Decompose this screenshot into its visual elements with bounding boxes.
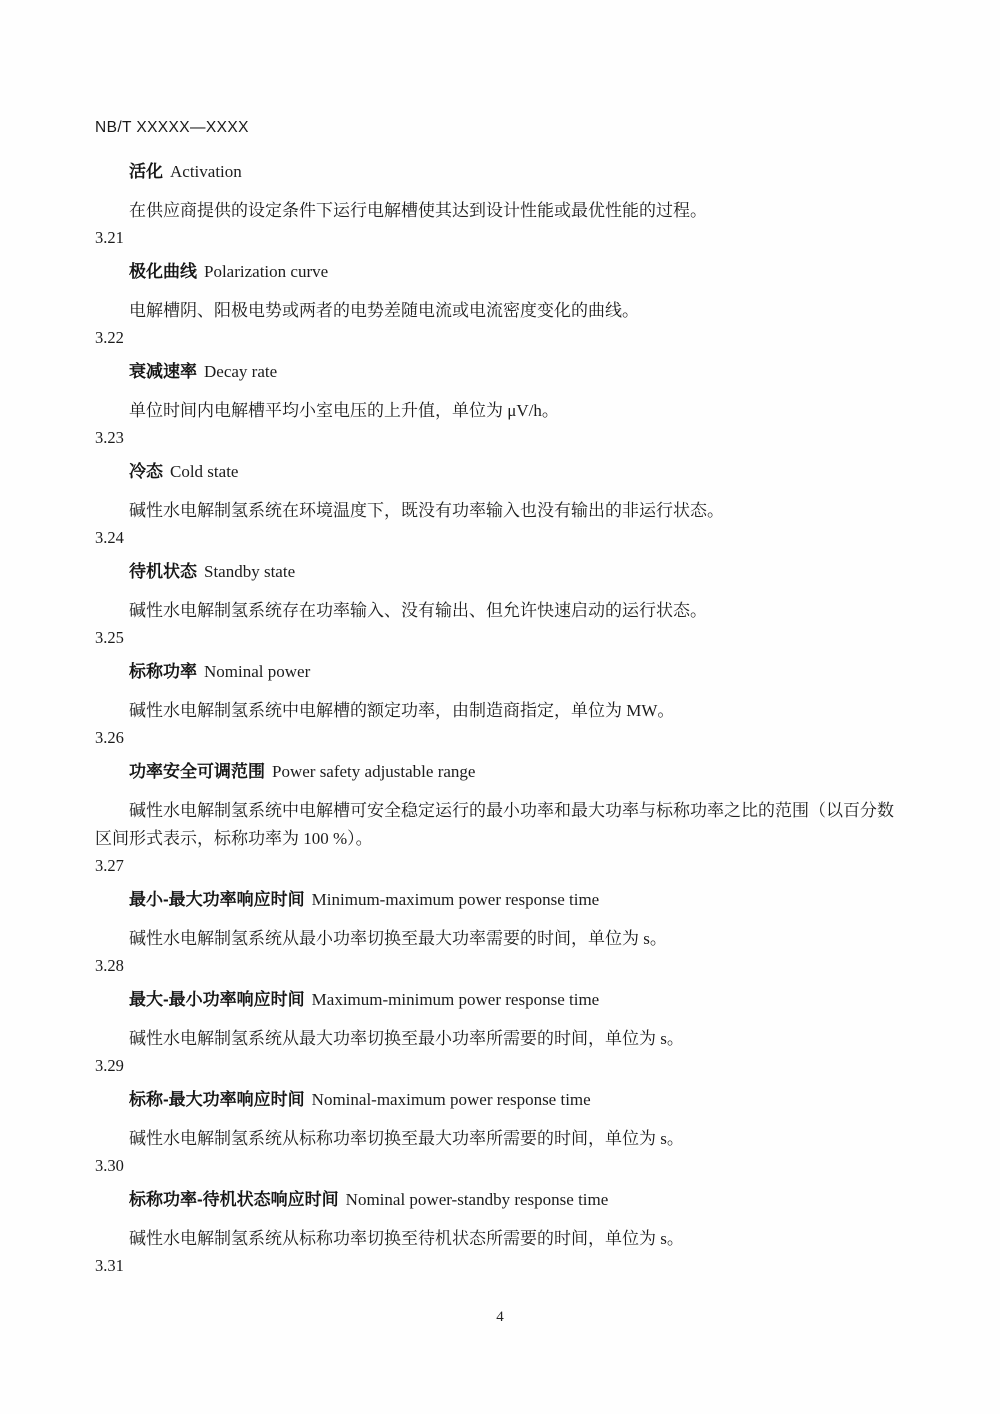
term-line: 极化曲线Polarization curve (95, 260, 908, 284)
term-entry: 衰减速率Decay rate 单位时间内电解槽平均小室电压的上升值，单位为 μV… (95, 360, 908, 450)
section-number: 3.30 (95, 1154, 908, 1178)
term-definition: 碱性水电解制氢系统在环境温度下，既没有功率输入也没有输出的非运行状态。 (95, 497, 908, 525)
term-entry: 功率安全可调范围Power safety adjustable range 碱性… (95, 760, 908, 878)
term-zh: 最小-最大功率响应时间 (129, 890, 305, 909)
term-en: Decay rate (204, 362, 277, 381)
term-line: 功率安全可调范围Power safety adjustable range (95, 760, 908, 784)
term-line: 标称-最大功率响应时间Nominal-maximum power respons… (95, 1088, 908, 1112)
section-number: 3.28 (95, 954, 908, 978)
term-zh: 标称功率-待机状态响应时间 (129, 1190, 339, 1209)
term-en: Activation (170, 162, 242, 181)
section-number: 3.29 (95, 1054, 908, 1078)
term-entry: 标称功率-待机状态响应时间Nominal power-standby respo… (95, 1188, 908, 1278)
term-en: Polarization curve (204, 262, 328, 281)
term-entry: 标称-最大功率响应时间Nominal-maximum power respons… (95, 1088, 908, 1178)
term-en: Maximum-minimum power response time (312, 990, 600, 1009)
term-definition: 碱性水电解制氢系统从最小功率切换至最大功率需要的时间，单位为 s。 (95, 925, 908, 953)
section-number: 3.26 (95, 726, 908, 750)
section-number: 3.27 (95, 854, 908, 878)
term-line: 冷态Cold state (95, 460, 908, 484)
term-definition: 碱性水电解制氢系统从标称功率切换至最大功率所需要的时间，单位为 s。 (95, 1125, 908, 1153)
term-zh: 功率安全可调范围 (129, 762, 265, 781)
term-zh: 最大-最小功率响应时间 (129, 990, 305, 1009)
term-line: 最大-最小功率响应时间Maximum-minimum power respons… (95, 988, 908, 1012)
terminology-list: 活化Activation 在供应商提供的设定条件下运行电解槽使其达到设计性能或最… (95, 160, 908, 1278)
term-en: Power safety adjustable range (272, 762, 475, 781)
term-entry: 活化Activation 在供应商提供的设定条件下运行电解槽使其达到设计性能或最… (95, 160, 908, 250)
term-definition: 碱性水电解制氢系统存在功率输入、没有输出、但允许快速启动的运行状态。 (95, 597, 908, 625)
term-entry: 冷态Cold state 碱性水电解制氢系统在环境温度下，既没有功率输入也没有输… (95, 460, 908, 550)
term-en: Nominal-maximum power response time (312, 1090, 591, 1109)
term-line: 标称功率-待机状态响应时间Nominal power-standby respo… (95, 1188, 908, 1212)
term-definition: 单位时间内电解槽平均小室电压的上升值，单位为 μV/h。 (95, 397, 908, 425)
term-zh: 待机状态 (129, 562, 197, 581)
section-number: 3.22 (95, 326, 908, 350)
term-zh: 衰减速率 (129, 362, 197, 381)
term-en: Nominal power-standby response time (346, 1190, 609, 1209)
section-number: 3.25 (95, 626, 908, 650)
term-line: 衰减速率Decay rate (95, 360, 908, 384)
term-line: 活化Activation (95, 160, 908, 184)
document-header: NB/T XXXXX—XXXX (95, 118, 908, 138)
term-entry: 待机状态Standby state 碱性水电解制氢系统存在功率输入、没有输出、但… (95, 560, 908, 650)
term-definition: 碱性水电解制氢系统从标称功率切换至待机状态所需要的时间，单位为 s。 (95, 1225, 908, 1253)
term-zh: 冷态 (129, 462, 163, 481)
term-en: Minimum-maximum power response time (312, 890, 600, 909)
section-number: 3.23 (95, 426, 908, 450)
term-zh: 活化 (129, 162, 163, 181)
section-number: 3.31 (95, 1254, 908, 1278)
term-entry: 极化曲线Polarization curve 电解槽阴、阳极电势或两者的电势差随… (95, 260, 908, 350)
term-line: 标称功率Nominal power (95, 660, 908, 684)
term-definition: 电解槽阴、阳极电势或两者的电势差随电流或电流密度变化的曲线。 (95, 297, 908, 325)
term-definition: 碱性水电解制氢系统中电解槽的额定功率，由制造商指定，单位为 MW。 (95, 697, 908, 725)
term-entry: 最小-最大功率响应时间Minimum-maximum power respons… (95, 888, 908, 978)
term-definition: 碱性水电解制氢系统从最大功率切换至最小功率所需要的时间，单位为 s。 (95, 1025, 908, 1053)
section-number: 3.24 (95, 526, 908, 550)
section-number: 3.21 (95, 226, 908, 250)
term-entry: 最大-最小功率响应时间Maximum-minimum power respons… (95, 988, 908, 1078)
term-zh: 标称-最大功率响应时间 (129, 1090, 305, 1109)
term-definition: 碱性水电解制氢系统中电解槽可安全稳定运行的最小功率和最大功率与标称功率之比的范围… (95, 797, 908, 853)
term-en: Standby state (204, 562, 295, 581)
term-line: 待机状态Standby state (95, 560, 908, 584)
page-number: 4 (0, 1309, 1000, 1326)
term-entry: 标称功率Nominal power 碱性水电解制氢系统中电解槽的额定功率，由制造… (95, 660, 908, 750)
term-zh: 极化曲线 (129, 262, 197, 281)
document-page: NB/T XXXXX—XXXX 活化Activation 在供应商提供的设定条件… (0, 0, 1000, 1414)
term-en: Nominal power (204, 662, 310, 681)
term-en: Cold state (170, 462, 238, 481)
term-definition: 在供应商提供的设定条件下运行电解槽使其达到设计性能或最优性能的过程。 (95, 197, 908, 225)
term-zh: 标称功率 (129, 662, 197, 681)
term-line: 最小-最大功率响应时间Minimum-maximum power respons… (95, 888, 908, 912)
